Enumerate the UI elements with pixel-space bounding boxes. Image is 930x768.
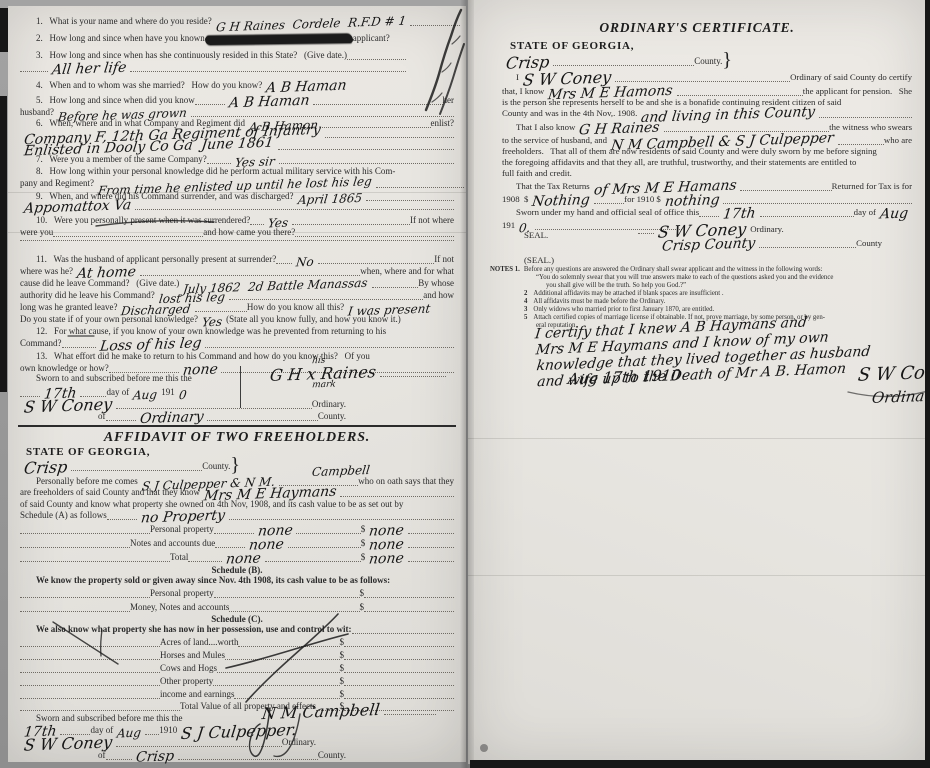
- dotted-leader: [191, 116, 454, 117]
- dotted-leader: [344, 685, 454, 686]
- q12-label: 12. For what cause, if you know of your …: [36, 326, 386, 337]
- notes-num: 2: [524, 290, 527, 298]
- dotted-leader: [217, 672, 339, 673]
- cert-l9: full faith and credit.: [502, 168, 572, 179]
- ordinary2-label: Ordinary.: [282, 737, 316, 748]
- dotted-leader: [759, 247, 856, 248]
- row-amount: none: [369, 525, 405, 536]
- ordinary-label: Ordinary.: [312, 399, 346, 410]
- schedule-a-answer: no Property: [140, 511, 225, 524]
- row-value: none: [249, 539, 285, 550]
- dotted-leader: [140, 275, 360, 276]
- dotted-leader: [20, 547, 130, 548]
- campbell-superscript-line: Campbell: [308, 467, 374, 474]
- seal2-word: (SEAL.): [524, 255, 554, 266]
- q11-line2: where was he? At home when, where and fo…: [20, 266, 454, 277]
- q4-line: 4. When and to whom was she married? How…: [36, 80, 351, 91]
- schedule-b-text: We know the property sold or given away …: [36, 575, 390, 586]
- schedule-c-text-line: We also know what property she has now i…: [36, 624, 454, 635]
- of-county2-line: of Crisp County.: [98, 750, 346, 761]
- film-edge-mark: [0, 8, 8, 52]
- county2-label: County.: [318, 750, 346, 761]
- row-amount: none: [369, 553, 405, 564]
- q7-line: 7. Were you a member of the same Company…: [36, 154, 454, 165]
- certification-signature-line: S W Coney: [854, 368, 930, 378]
- q1-label: 1. What is your name and where do you re…: [36, 16, 212, 27]
- dotted-leader: [372, 287, 418, 288]
- witness-name-hw: G H Raines: [579, 123, 661, 136]
- page-gutter-shadow: [460, 0, 474, 768]
- cert-l7: freeholders. That all of them are now re…: [502, 146, 877, 157]
- seal-county-label: County: [856, 238, 882, 249]
- of-label: of: [98, 411, 106, 422]
- ink-smudge: [480, 744, 488, 752]
- row-label: Personal property: [150, 588, 214, 599]
- dotted-leader: [250, 224, 264, 225]
- cert-l4-answer: and living in this County: [641, 107, 816, 123]
- q11-l4b: and how: [423, 290, 454, 301]
- seal-day: 17th: [723, 208, 757, 219]
- dotted-leader: [213, 685, 339, 686]
- cert-l2a: that, I know: [502, 86, 544, 97]
- dotted-leader: [20, 698, 160, 699]
- q3-answer: All her life: [51, 63, 127, 76]
- q12-line1: 12. For what cause, if you know of your …: [36, 326, 386, 337]
- cert-l8-text: the foregoing affidavits and that they a…: [502, 157, 856, 168]
- cert-state-line: STATE OF GEORGIA,: [510, 40, 634, 52]
- q11-line3: cause did he leave Command? (Give date.)…: [20, 278, 454, 289]
- q11-tail: If not: [434, 254, 454, 265]
- dotted-leader: [322, 127, 430, 128]
- dotted-leader: [20, 597, 150, 598]
- q6-answer-line2: Enlisted in Dooly Co Ga June 1861: [20, 142, 454, 151]
- notes-num: 5: [524, 314, 527, 322]
- cert-l5: That I also know G H Raines the witness …: [516, 122, 912, 133]
- q2-label: 2. How long and since when have you know…: [36, 33, 205, 44]
- dotted-leader: [207, 420, 318, 421]
- q8-line2: pany and Regiment? From time he enlisted…: [20, 178, 464, 189]
- q11-l2a: where was he?: [20, 266, 73, 277]
- dollar-sign: $: [361, 538, 366, 549]
- notes-line: you shall give will be the truth. So hel…: [546, 282, 890, 290]
- schedule-c-text: We also know what property she has now i…: [36, 624, 352, 635]
- dotted-leader: [677, 95, 803, 96]
- dotted-leader: [366, 200, 454, 201]
- notes-item: 4 All affidavits must be made before the…: [524, 298, 890, 306]
- dotted-leader: [107, 519, 137, 520]
- dotted-leader: [106, 759, 132, 760]
- q1-answer: G H Raines Cordele R.F.D # 1: [215, 17, 406, 32]
- dotted-leader: [638, 233, 654, 234]
- dotted-leader: [225, 659, 340, 660]
- q3-label: 3. How long and since when has she conti…: [36, 50, 347, 61]
- dotted-leader: [699, 216, 719, 217]
- notes-label: NOTES 1.: [490, 266, 520, 274]
- q8-lead2: pany and Regiment?: [20, 178, 94, 189]
- ordinary2-signature: S W Coney: [23, 736, 113, 750]
- cert-l6a: to the service of husband, and: [502, 135, 607, 146]
- dotted-leader: [838, 144, 884, 145]
- dotted-leader: [723, 203, 912, 204]
- q11-line6: Do you state if of your own personal kno…: [20, 314, 401, 325]
- tax-1908-label: 1908 $: [502, 194, 528, 205]
- dotted-leader: [62, 347, 96, 348]
- dotted-leader: [288, 547, 361, 548]
- dotted-leader: [276, 263, 292, 264]
- sworn2-line: Sworn and subscribed before me this the: [36, 713, 182, 724]
- q9-answer-line: Appomattox Va: [20, 202, 454, 211]
- dotted-leader: [130, 71, 406, 72]
- dotted-leader: [20, 685, 160, 686]
- q11-line4: authority did he leave his Command? lost…: [20, 290, 454, 301]
- witness-signature-line: G H x Raines: [266, 368, 446, 378]
- certification-date: Aug 17th 1910: [567, 370, 681, 384]
- affidavit-title-line: AFFIDAVIT OF TWO FREEHOLDERS.: [8, 430, 466, 446]
- affidavit-p2a: are freeholders of said County and that …: [20, 487, 200, 498]
- dotted-leader: [20, 533, 150, 534]
- dotted-leader: [195, 311, 247, 312]
- q11-line5: long was he granted leave? Discharged Ho…: [20, 302, 434, 313]
- q12-answer: Loss of his leg: [99, 338, 202, 352]
- cert-l1b: Ordinary of said County do certify: [790, 72, 912, 83]
- dotted-leader: [408, 533, 454, 534]
- affidavit-p4-line: Schedule (A) as follows no Property: [20, 510, 454, 521]
- q5-line: 5. How long and since when did you know …: [36, 95, 454, 106]
- cert-l1: I S W Coney Ordinary of said County do c…: [516, 72, 912, 83]
- scanned-document: 1. What is your name and where do you re…: [0, 0, 930, 768]
- schedule-a-row: Total none $ none: [20, 552, 454, 563]
- paper-crease: [468, 438, 926, 439]
- seal-word-line: SEAL.: [524, 230, 548, 241]
- row-value: none: [226, 553, 262, 564]
- dotted-leader: [20, 611, 130, 612]
- q4-label: 4. When and to whom was she married? How…: [36, 80, 262, 91]
- paper-crease: [468, 575, 926, 576]
- seal-month: Aug: [879, 208, 908, 219]
- notes-item: NOTES 1. Before any questions are answer…: [490, 266, 890, 274]
- tax-1910-value: nothing: [664, 195, 720, 207]
- q11-l3b: By whose: [418, 278, 454, 289]
- dotted-leader: [234, 698, 339, 699]
- mark-word: mark: [312, 382, 337, 390]
- cert-county-line: Crisp County. }: [502, 53, 732, 67]
- film-edge-mark: [925, 0, 930, 768]
- certificate-title: ORDINARY'S CERTIFICATE.: [599, 20, 794, 36]
- tax-returns-line: That the Tax Returns of Mrs M E Hamans R…: [516, 181, 912, 192]
- affidavit-county-line: Crisp County. }: [20, 458, 240, 472]
- dotted-leader: [615, 81, 790, 82]
- q11-line: 11. Was the husband of applicant persona…: [36, 254, 454, 265]
- q1-line: 1. What is your name and where do you re…: [36, 16, 460, 27]
- dotted-leader: [364, 611, 454, 612]
- dotted-leader: [20, 240, 454, 241]
- seal-dayof: day of: [854, 207, 876, 218]
- seal-ordinary-label: Ordinary.: [750, 224, 783, 235]
- q10-line: 10. Were you personally present when it …: [36, 215, 454, 226]
- affidavit-county-handwritten: Crisp: [23, 461, 68, 474]
- q11-l6b: (State all you know fully, and how you k…: [226, 314, 401, 325]
- dotted-leader: [292, 224, 410, 225]
- q5-label: 5. How long and since when did you know: [36, 95, 195, 106]
- dotted-leader: [20, 561, 170, 562]
- notes-line: Only widows who married prior to first J…: [533, 306, 714, 314]
- dotted-leader: [313, 104, 442, 105]
- cert-l1a: I: [516, 72, 519, 83]
- affidavit-state-line: STATE OF GEORGIA,: [26, 446, 150, 458]
- cert-county-label: County.: [694, 56, 722, 67]
- schedule-b-row: Money, Notes and accounts $: [20, 602, 454, 613]
- schedule-b-row: Personal property $: [20, 588, 454, 599]
- of-county-line: of Ordinary County.: [98, 411, 346, 422]
- county-label: County.: [318, 411, 346, 422]
- notes-num: 4: [524, 298, 527, 306]
- affidavit-p2-line: are freeholders of said County and that …: [20, 487, 454, 498]
- dotted-leader: [408, 561, 454, 562]
- cert-l6: to the service of husband, and N M Campb…: [502, 135, 912, 146]
- tax-1910-label: for 1910 $: [624, 194, 661, 205]
- dotted-leader: [145, 734, 159, 735]
- q11-l2b: when, where and for what: [360, 266, 454, 277]
- affidavit-state: STATE OF GEORGIA,: [26, 446, 150, 458]
- dotted-leader: [20, 659, 160, 660]
- dotted-leader: [116, 408, 312, 409]
- dotted-leader: [344, 659, 454, 660]
- seal-sworn-line: Sworn under my hand and official seal of…: [516, 207, 912, 218]
- cert-l6b: who are: [884, 135, 912, 146]
- dotted-leader: [594, 203, 624, 204]
- dotted-leader: [229, 519, 454, 520]
- film-edge-mark: [0, 96, 7, 392]
- dotted-leader: [207, 163, 231, 164]
- county-brace: }: [230, 458, 240, 472]
- dotted-leader: [214, 597, 360, 598]
- row-value: none: [257, 525, 293, 536]
- dotted-leader: [760, 216, 854, 217]
- tax-1908-value: Nothing: [532, 195, 591, 207]
- affidavit-county-label: County.: [202, 461, 230, 472]
- q5-line2: husband? Before he was grown: [20, 107, 454, 118]
- q11-l4a: authority did he leave his Command?: [20, 290, 155, 301]
- q12-lead2: Command?: [20, 338, 62, 349]
- dotted-leader: [740, 190, 831, 191]
- of2-label: of: [98, 750, 106, 761]
- q3-line: 3. How long and since when has she conti…: [36, 50, 406, 61]
- cert-l5b: the witness who swears: [829, 122, 912, 133]
- dotted-leader: [296, 533, 360, 534]
- dotted-leader: [295, 236, 454, 237]
- freeholder1-signature: N M Campbell: [261, 704, 380, 719]
- paper-crease: [8, 192, 466, 193]
- dotted-leader: [553, 65, 694, 66]
- dotted-leader: [344, 698, 454, 699]
- q11-l5b: How do you know all this?: [247, 302, 344, 313]
- row-amount: none: [369, 539, 405, 550]
- his-mark-mark: mark: [308, 382, 340, 388]
- row-label: Notes and accounts due: [130, 538, 215, 549]
- sworn-line: Sworn to and subscribed before me this t…: [36, 373, 192, 384]
- q9-answer-place: Appomattox Va: [23, 200, 131, 214]
- seal-signature-line: S W Coney Ordinary.: [638, 224, 866, 235]
- certificate-title-line: ORDINARY'S CERTIFICATE.: [468, 20, 926, 36]
- q6-tail: enlist?: [431, 118, 455, 129]
- q5-tail: her: [443, 95, 455, 106]
- dotted-leader: [214, 533, 254, 534]
- dotted-leader: [376, 187, 464, 188]
- dotted-leader: [344, 672, 454, 673]
- dotted-leader: [229, 299, 424, 300]
- row-label: Acres of land....worth: [160, 637, 238, 648]
- certification-ordinary-title: Ordinary Crisp Co Ga: [871, 387, 930, 403]
- notes-line: Before any questions are answered the Or…: [524, 266, 823, 274]
- schedule-a-lead: Schedule (A) as follows: [20, 510, 107, 521]
- tax-amounts-line: 1908 $ Nothing for 1910 $ nothing: [502, 194, 912, 205]
- campbell-superscript: Campbell: [312, 466, 371, 476]
- q10-label: 10. Were you personally present when it …: [36, 215, 250, 226]
- row-label: Cows and Hogs: [160, 663, 217, 674]
- dotted-leader: [408, 547, 454, 548]
- ordinary2-signature-line: S W Coney Ordinary.: [20, 737, 316, 748]
- dotted-leader: [410, 25, 460, 26]
- cert-l7-text: freeholders. That all of them are now re…: [502, 146, 877, 157]
- dotted-leader: [279, 163, 455, 164]
- dotted-leader: [352, 633, 454, 634]
- dotted-leader: [20, 646, 160, 647]
- tax-l10b: Returned for Tax is for: [832, 181, 912, 192]
- sworn2-label: Sworn and subscribed before me this the: [36, 713, 182, 724]
- dotted-leader: [215, 547, 245, 548]
- dotted-leader: [819, 117, 912, 118]
- ordinary-signature-line: S W Coney Ordinary.: [20, 399, 346, 410]
- dotted-leader: [20, 71, 48, 72]
- q2-tail: applicant?: [353, 33, 390, 44]
- dotted-leader: [364, 597, 454, 598]
- dollar-sign: $: [361, 524, 366, 535]
- dotted-leader: [135, 209, 454, 210]
- dotted-leader: [340, 496, 454, 497]
- q11-l5a: long was he granted leave?: [20, 302, 117, 313]
- schedule-c-row: Acres of land....worth $: [20, 637, 454, 648]
- marginal-ink-note: [432, 36, 460, 102]
- dotted-leader: [380, 376, 446, 377]
- sworn-year-hw: 0: [178, 391, 187, 399]
- row-label: Other property: [160, 676, 213, 687]
- q2-line: 2. How long and since when have you know…: [36, 33, 406, 44]
- row-label: Horses and Mules: [160, 650, 225, 661]
- section-divider-rule: [18, 425, 456, 427]
- dotted-leader: [384, 714, 436, 715]
- schedule-a-row: Notes and accounts due none $ none: [20, 538, 454, 549]
- notes-line: “You do solemnly swear that you will tru…: [536, 274, 890, 282]
- dotted-leader: [20, 710, 180, 711]
- row-label: Money, Notes and accounts: [130, 602, 229, 613]
- dotted-leader: [53, 236, 203, 237]
- dotted-leader: [278, 149, 454, 150]
- certification-title-line: Ordinary Crisp Co Ga: [868, 390, 930, 399]
- notes-line: All affidavits must be made before the O…: [533, 298, 665, 306]
- row-label: Total: [170, 552, 188, 563]
- dotted-leader: [178, 759, 318, 760]
- affidavit-title: AFFIDAVIT OF TWO FREEHOLDERS.: [104, 430, 370, 446]
- cert-l5a: That I also know: [516, 122, 575, 133]
- cert-state: STATE OF GEORGIA,: [510, 40, 634, 52]
- notes-num: 3: [524, 306, 527, 314]
- cert-l4a: County and was in the 4th Nov,. 1908.: [502, 108, 637, 119]
- dotted-leader: [116, 746, 282, 747]
- notes-item: 2 Additional affidavits may be attached …: [524, 290, 890, 298]
- schedule-a-row: Personal property none $ none: [20, 524, 454, 535]
- q10-tail: If not where: [410, 215, 454, 226]
- freeholder1-signature-line: N M Campbell: [258, 706, 436, 716]
- seal-county-line: Crisp County County: [658, 238, 882, 249]
- affidavit-p1-line: Personally before me comes S J Culpepper…: [36, 476, 454, 487]
- row-label: Personal property: [150, 524, 214, 535]
- county-brace: }: [722, 53, 732, 67]
- seal-county-handwritten: Crisp County: [661, 238, 755, 251]
- schedule-c-row: Other property $: [20, 676, 454, 687]
- county-handwritten: Ordinary: [139, 412, 204, 424]
- cert-l8: the foregoing affidavits and that they a…: [502, 157, 856, 168]
- q4-answer: A B Haman: [266, 81, 348, 94]
- certification-signature: S W Coney: [857, 366, 930, 381]
- q2-scribbled-out-name: Mrs M E Haymans: [205, 34, 353, 45]
- affidavit-p1a: Personally before me comes: [36, 476, 138, 487]
- dotted-leader: [238, 646, 339, 647]
- sworn-year: 191: [161, 387, 175, 398]
- county2-handwritten: Crisp: [135, 751, 174, 762]
- pension-witness-affidavit-page: 1. What is your name and where do you re…: [8, 6, 466, 762]
- schedule-c-row: income and earnings $: [20, 689, 454, 700]
- dotted-leader: [205, 347, 454, 348]
- dotted-leader: [20, 672, 160, 673]
- cert-l2b: the applicant for pension. She: [803, 86, 912, 97]
- q11-l6a: Do you state if of your own personal kno…: [20, 314, 198, 325]
- q7-label: 7. Were you a member of the same Company…: [36, 154, 207, 165]
- certification-date-line: Aug 17th 1910: [564, 372, 685, 381]
- cert-l2: that, I know Mrs M E Hamons the applican…: [502, 86, 912, 97]
- dotted-leader: [229, 611, 359, 612]
- ordinary-name-signature: S W Coney: [522, 71, 612, 85]
- q5-lead2: husband?: [20, 107, 54, 118]
- q12-line2: Command? Loss of his leg: [20, 338, 454, 349]
- dotted-leader: [347, 59, 406, 60]
- schedule-c-row: Cows and Hogs $: [20, 663, 454, 674]
- schedule-c-row: Horses and Mules $: [20, 650, 454, 661]
- row-label: income and earnings: [160, 689, 234, 700]
- q11-label: 11. Was the husband of applicant persona…: [36, 254, 276, 265]
- seal-word: SEAL.: [524, 230, 548, 241]
- cert-l4: County and was in the 4th Nov,. 1908. an…: [502, 108, 912, 119]
- cert-l9-text: full faith and credit.: [502, 168, 572, 179]
- dotted-leader: [325, 137, 454, 138]
- affidavit-p1b: who on oath says that they: [358, 476, 454, 487]
- dotted-leader: [71, 470, 202, 471]
- witness-signature: G H x Raines: [269, 366, 376, 381]
- film-edge-mark: [470, 760, 930, 768]
- dotted-leader: [188, 561, 222, 562]
- tax-l10a: That the Tax Returns: [516, 181, 590, 192]
- dollar-sign: $: [361, 552, 366, 563]
- paper-crease: [8, 232, 466, 233]
- blank-dotted-line: [20, 240, 454, 242]
- dotted-leader: [195, 104, 225, 105]
- sworn2-year: 1910: [159, 725, 177, 736]
- dotted-leader: [318, 263, 434, 264]
- dotted-leader: [265, 561, 361, 562]
- seal-year: 191: [502, 220, 515, 231]
- seal-sworn-text: Sworn under my hand and official seal of…: [516, 207, 699, 218]
- sworn-label: Sworn to and subscribed before me this t…: [36, 373, 192, 384]
- q11-l3a: cause did he leave Command? (Give date.): [20, 278, 179, 289]
